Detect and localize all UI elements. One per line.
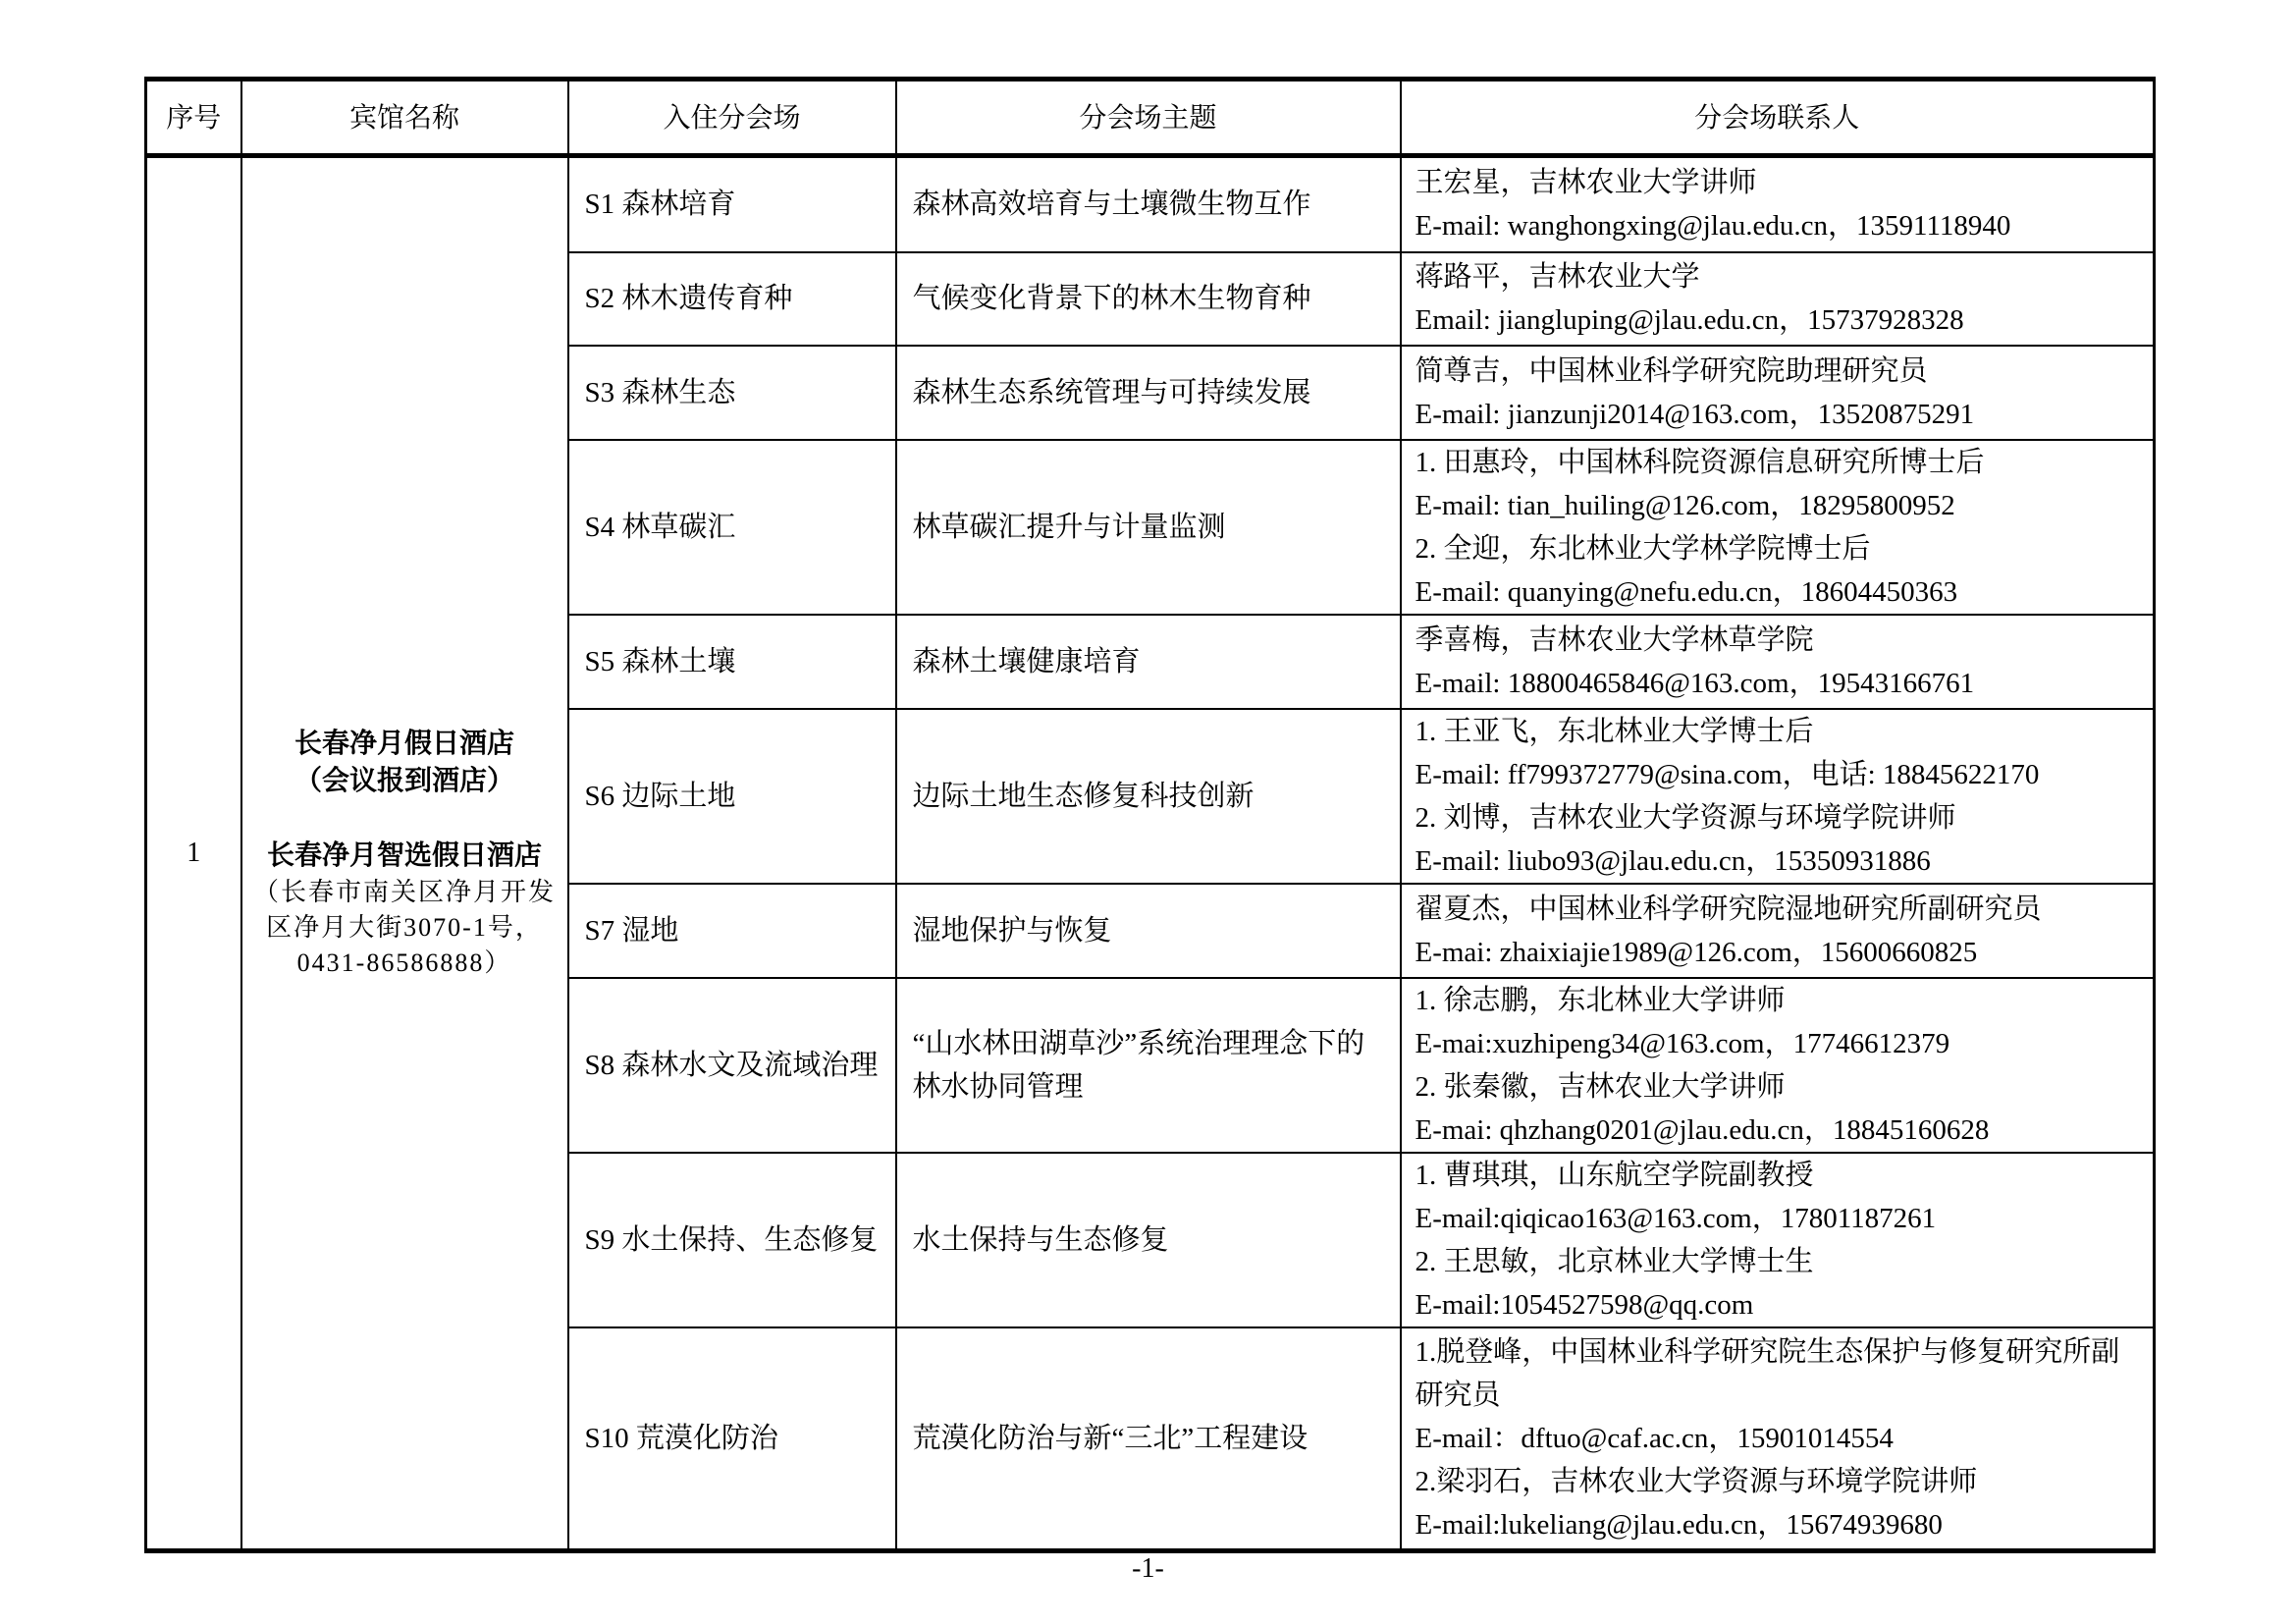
contact-email: E-mai: qhzhang0201@jlau.edu.cn，188451606… (1415, 1109, 2140, 1152)
contact-email: E-mai:xuzhipeng34@163.com，17746612379 (1415, 1022, 2140, 1065)
contact-line: 翟夏杰，中国林业科学研究院湿地研究所副研究员 (1415, 888, 2140, 931)
contact-email: E-mail:qiqicao163@163.com，17801187261 (1415, 1197, 2140, 1240)
contact-email: E-mail: tian_huiling@126.com，18295800952 (1415, 484, 2140, 527)
venue-cell: S6 边际土地 (568, 709, 896, 884)
topic-cell: 林草碳汇提升与计量监测 (896, 440, 1401, 615)
contact-email: Email: jiangluping@jlau.edu.cn，157379283… (1415, 298, 2140, 342)
hotel-venue-table: 序号 宾馆名称 入住分会场 分会场主题 分会场联系人 1 长春净月假日酒店 （会… (144, 77, 2156, 1553)
contact-line: 2. 刘博，吉林农业大学资源与环境学院讲师 (1415, 796, 2140, 839)
contact-line: 1. 王亚飞，东北林业大学博士后 (1415, 710, 2140, 753)
contact-cell: 王宏星，吉林农业大学讲师 E-mail: wanghongxing@jlau.e… (1401, 156, 2155, 252)
contact-line: 蒋路平，吉林农业大学 (1415, 255, 2140, 298)
hotel-cell: 长春净月假日酒店 （会议报到酒店） 长春净月智选假日酒店 （长春市南关区净月开发… (241, 156, 568, 1551)
venue-cell: S8 森林水文及流域治理 (568, 978, 896, 1153)
topic-cell: “山水林田湖草沙”系统治理理念下的林水协同管理 (896, 978, 1401, 1153)
contact-email: E-mail: ff799372779@sina.com，电话: 1884562… (1415, 753, 2140, 796)
contact-cell: 翟夏杰，中国林业科学研究院湿地研究所副研究员 E-mai: zhaixiajie… (1401, 884, 2155, 978)
contact-line: 1. 曹琪琪，山东航空学院副教授 (1415, 1154, 2140, 1197)
venue-cell: S2 林木遗传育种 (568, 252, 896, 346)
contact-line: 2. 王思敏，北京林业大学博士生 (1415, 1240, 2140, 1283)
header-hotel-name: 宾馆名称 (241, 80, 568, 156)
topic-cell: 水土保持与生态修复 (896, 1153, 1401, 1327)
contact-line: 1.脱登峰，中国林业科学研究院生态保护与修复研究所副研究员 (1415, 1330, 2140, 1417)
contact-cell: 蒋路平，吉林农业大学 Email: jiangluping@jlau.edu.c… (1401, 252, 2155, 346)
contact-email: E-mail：dftuo@caf.ac.cn，15901014554 (1415, 1417, 2140, 1460)
venue-cell: S1 森林培育 (568, 156, 896, 252)
header-venue: 入住分会场 (568, 80, 896, 156)
topic-cell: 边际土地生态修复科技创新 (896, 709, 1401, 884)
contact-email: E-mai: zhaixiajie1989@126.com，1560066082… (1415, 931, 2140, 974)
table-header-row: 序号 宾馆名称 入住分会场 分会场主题 分会场联系人 (146, 80, 2155, 156)
contact-line: 1. 徐志鹏，东北林业大学讲师 (1415, 979, 2140, 1022)
hotel-secondary-name: 长春净月智选假日酒店 (252, 838, 558, 875)
hotel-address: （长春市南关区净月开发区净月大街3070-1号，0431-86586888） (252, 875, 558, 981)
row-index: 1 (146, 156, 241, 1551)
topic-cell: 湿地保护与恢复 (896, 884, 1401, 978)
contact-line: 简尊吉，中国林业科学研究院助理研究员 (1415, 350, 2140, 393)
contact-email: E-mail: quanying@nefu.edu.cn，18604450363 (1415, 570, 2140, 614)
topic-cell: 森林生态系统管理与可持续发展 (896, 346, 1401, 440)
topic-cell: 森林土壤健康培育 (896, 615, 1401, 709)
contact-line: 2. 张秦徽，吉林农业大学讲师 (1415, 1065, 2140, 1109)
contact-email: E-mail:lukeliang@jlau.edu.cn，15674939680 (1415, 1503, 2140, 1546)
hotel-primary-note: （会议报到酒店） (252, 763, 558, 800)
topic-cell: 荒漠化防治与新“三北”工程建设 (896, 1327, 1401, 1551)
contact-email: E-mail:1054527598@qq.com (1415, 1283, 2140, 1326)
contact-email: E-mail: 18800465846@163.com，19543166761 (1415, 662, 2140, 705)
venue-cell: S7 湿地 (568, 884, 896, 978)
contact-cell: 1. 王亚飞，东北林业大学博士后 E-mail: ff799372779@sin… (1401, 709, 2155, 884)
contact-cell: 1. 田惠玲，中国林科院资源信息研究所博士后 E-mail: tian_huil… (1401, 440, 2155, 615)
contact-line: 季喜梅，吉林农业大学林草学院 (1415, 619, 2140, 662)
contact-line: 1. 田惠玲，中国林科院资源信息研究所博士后 (1415, 441, 2140, 484)
table-row: 1 长春净月假日酒店 （会议报到酒店） 长春净月智选假日酒店 （长春市南关区净月… (146, 156, 2155, 252)
venue-cell: S4 林草碳汇 (568, 440, 896, 615)
contact-line: 2.梁羽石，吉林农业大学资源与环境学院讲师 (1415, 1460, 2140, 1503)
contact-cell: 1. 曹琪琪，山东航空学院副教授 E-mail:qiqicao163@163.c… (1401, 1153, 2155, 1327)
header-topic: 分会场主题 (896, 80, 1401, 156)
hotel-primary-name: 长春净月假日酒店 (252, 726, 558, 763)
venue-cell: S5 森林土壤 (568, 615, 896, 709)
contact-cell: 1. 徐志鹏，东北林业大学讲师 E-mai:xuzhipeng34@163.co… (1401, 978, 2155, 1153)
contact-email: E-mail: liubo93@jlau.edu.cn，15350931886 (1415, 839, 2140, 883)
contact-line: 2. 全迎，东北林业大学林学院博士后 (1415, 527, 2140, 570)
contact-cell: 简尊吉，中国林业科学研究院助理研究员 E-mail: jianzunji2014… (1401, 346, 2155, 440)
header-index: 序号 (146, 80, 241, 156)
venue-cell: S9 水土保持、生态修复 (568, 1153, 896, 1327)
header-contact: 分会场联系人 (1401, 80, 2155, 156)
venue-cell: S3 森林生态 (568, 346, 896, 440)
page-number: -1- (0, 1553, 2296, 1585)
venue-cell: S10 荒漠化防治 (568, 1327, 896, 1551)
contact-email: E-mail: jianzunji2014@163.com，1352087529… (1415, 393, 2140, 436)
contact-cell: 1.脱登峰，中国林业科学研究院生态保护与修复研究所副研究员 E-mail：dft… (1401, 1327, 2155, 1551)
contact-email: E-mail: wanghongxing@jlau.edu.cn，1359111… (1415, 204, 2140, 247)
topic-cell: 森林高效培育与土壤微生物互作 (896, 156, 1401, 252)
topic-cell: 气候变化背景下的林木生物育种 (896, 252, 1401, 346)
contact-line: 王宏星，吉林农业大学讲师 (1415, 161, 2140, 204)
contact-cell: 季喜梅，吉林农业大学林草学院 E-mail: 18800465846@163.c… (1401, 615, 2155, 709)
